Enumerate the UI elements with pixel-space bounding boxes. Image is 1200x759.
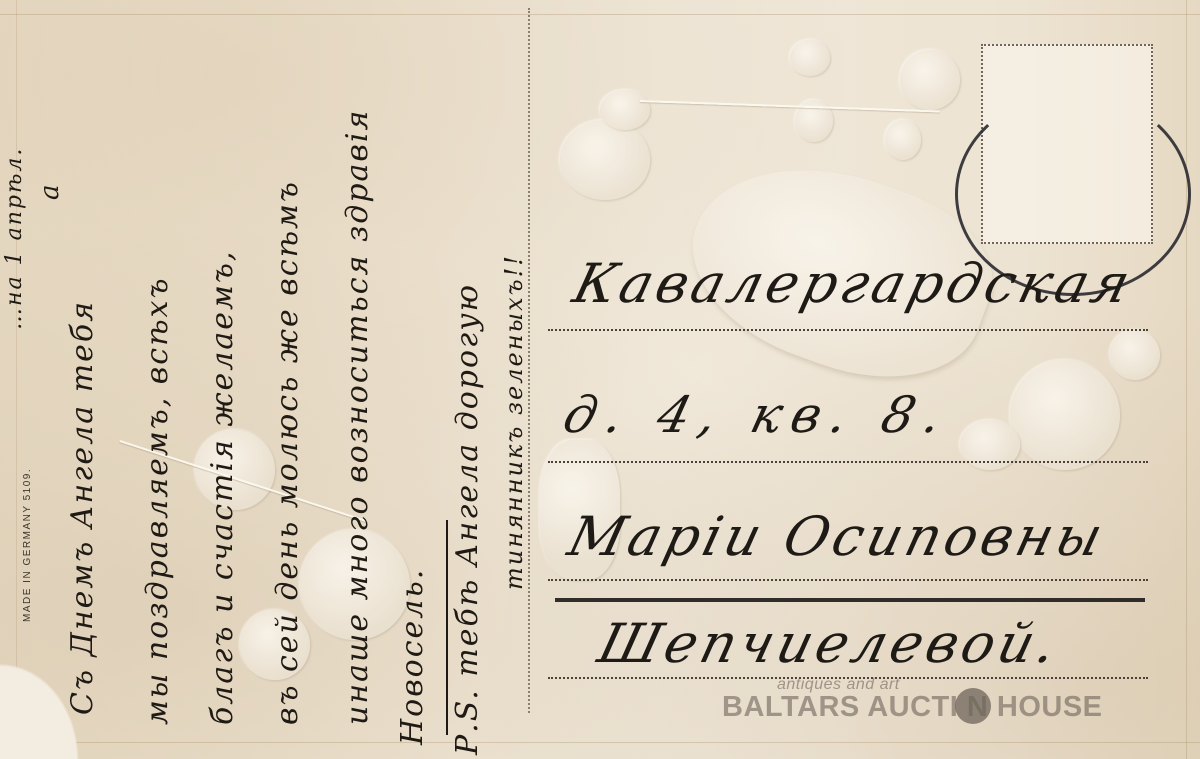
message-line: инаше много возноситься здравія [340,109,375,725]
embossed-bud-icon [885,120,921,160]
address-house: д. 4, кв. 8. [558,386,958,444]
border-right [1186,0,1187,759]
postcard-back: MADE IN GERMANY 5109. Кавалергардская д.… [0,0,1200,759]
border-left [16,0,17,759]
embossed-flower-icon [1010,360,1120,470]
address-street: Кавалергардская [567,252,1140,315]
message-date: …на 1 апрѣл. [2,147,27,330]
recipient-surname: Шепчиелевой. [592,612,1067,675]
embossed-leaf-icon [1110,330,1160,380]
address-rule [548,461,1148,463]
made-in-germany-label: MADE IN GERMANY 5109. [22,468,33,622]
border-top [0,14,1200,15]
message-line: а [35,182,65,200]
address-rule-solid [555,598,1145,602]
embossed-flower-icon [560,120,650,200]
embossed-stem [640,100,940,112]
message-postscript: тинянникъ зеленыхъ!! [500,254,528,590]
embossed-ornament-icon [900,50,960,110]
address-rule [548,579,1148,581]
watermark-name: BALTARS AUCTI N HOUSE [722,691,1103,724]
message-line: въ сей день молюсь же всѣмъ [270,180,305,725]
center-divider [528,8,530,713]
signature-underline [446,520,448,735]
border-bottom [0,742,1200,743]
message-line: мы поздравляемъ, всѣхъ [140,277,175,725]
watermark-logo-icon [955,688,991,724]
embossed-leaf-icon [600,90,650,130]
embossed-leaf-icon [790,40,830,76]
message-line: благъ и счастія желаемъ, [205,250,240,725]
message-postscript: Р.S. тебѣ Ангела дорогую [450,283,485,755]
message-signature: Новосель. [395,568,430,745]
address-rule [548,329,1148,331]
recipient-name: Маріи Осиповны [562,505,1113,568]
torn-corner [0,650,90,759]
